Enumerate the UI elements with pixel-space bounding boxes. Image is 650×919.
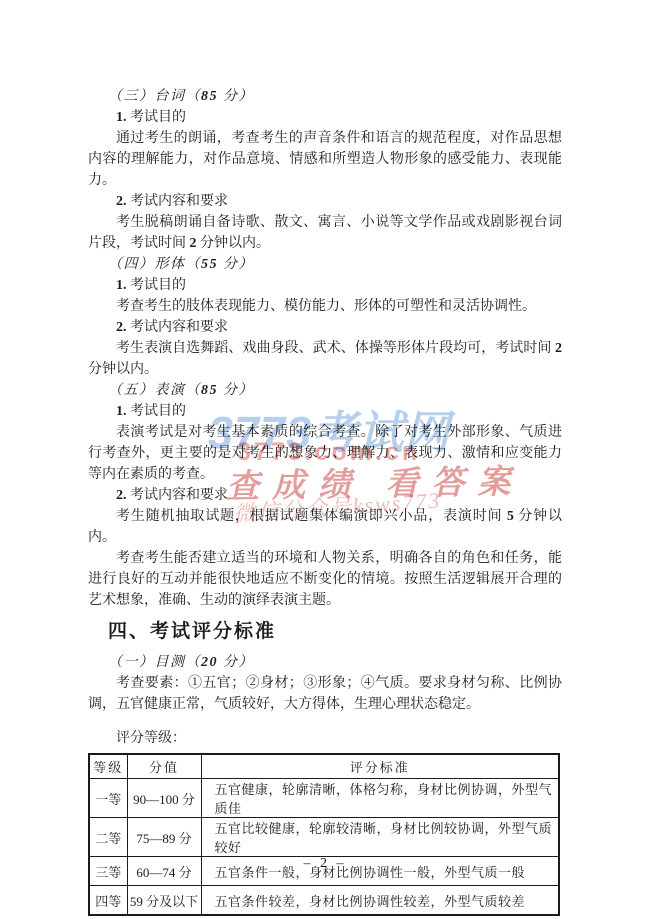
table-row: 二等 75—89 分 五官比较健康，轮廓较清晰，身材比例较协调，外型气质较好 bbox=[89, 818, 559, 857]
section-4-paragraph-content: 考生表演自选舞蹈、戏曲身段、武术、体操等形体片段均可，考试时间 2 分钟以内。 bbox=[88, 338, 562, 380]
table-cell-score: 90—100 分 bbox=[127, 779, 201, 818]
table-row: 一等 90—100 分 五官健康，轮廓清晰，体格匀称，身材比例协调，外型气质佳 bbox=[89, 779, 559, 818]
grading-table: 等级 分值 评分标准 一等 90—100 分 五官健康，轮廓清晰，体格匀称，身材… bbox=[88, 753, 560, 916]
chapter-heading-scoring-standard: 四、考试评分标准 bbox=[88, 619, 562, 645]
section-3-subheading-purpose: 1. 考试目的 bbox=[88, 107, 562, 128]
section-5-heading: （五）表演（85 分） bbox=[88, 380, 562, 401]
table-header-standard: 评分标准 bbox=[201, 754, 559, 779]
table-row: 四等 59 分及以下 五官条件较差，身材比例协调性较差，外型气质较差 bbox=[89, 886, 559, 916]
section-3-paragraph-content: 考生脱稿朗诵自备诗歌、散文、寓言、小说等文学作品或戏剧影视台词片段，考试时间 2… bbox=[88, 212, 562, 254]
section-4-subheading-purpose: 1. 考试目的 bbox=[88, 275, 562, 296]
table-header-grade: 等级 bbox=[89, 754, 127, 779]
table-cell-standard: 五官健康，轮廓清晰，体格匀称，身材比例协调，外型气质佳 bbox=[201, 779, 559, 818]
section-5-paragraph-purpose: 表演考试是对考生基本素质的综合考查。除了对考生外部形象、气质进行考查外，更主要的… bbox=[88, 422, 562, 485]
table-cell-standard: 五官条件较差，身材比例协调性较差，外型气质较差 bbox=[201, 886, 559, 916]
section-1-heading: （一）目测（20 分） bbox=[88, 652, 562, 673]
grading-table-label: 评分等级： bbox=[88, 728, 562, 749]
table-header-score: 分值 bbox=[127, 754, 201, 779]
table-cell-score: 75—89 分 bbox=[127, 818, 201, 857]
section-3-paragraph-purpose: 通过考生的朗诵，考查考生的声音条件和语言的规范程度，对作品思想内容的理解能力，对… bbox=[88, 128, 562, 191]
section-4-paragraph-purpose: 考查考生的肢体表现能力、模仿能力、形体的可塑性和灵活协调性。 bbox=[88, 296, 562, 317]
table-cell-grade: 二等 bbox=[89, 818, 127, 857]
document-content: （三）台词（85 分） 1. 考试目的 通过考生的朗诵，考查考生的声音条件和语言… bbox=[88, 86, 562, 916]
section-1-paragraph: 考查要素：①五官；②身材；③形象；④气质。要求身材匀称、比例协调，五官健康正常，… bbox=[88, 673, 562, 715]
section-3-subheading-content: 2. 考试内容和要求 bbox=[88, 191, 562, 212]
section-4-heading: （四）形体（55 分） bbox=[88, 254, 562, 275]
section-5-subheading-purpose: 1. 考试目的 bbox=[88, 401, 562, 422]
section-5-paragraph-content-2: 考查考生能否建立适当的环境和人物关系，明确各自的角色和任务，能进行良好的互动并能… bbox=[88, 548, 562, 611]
section-5-paragraph-content-1: 考生随机抽取试题，根据试题集体编演即兴小品，表演时间 5 分钟以内。 bbox=[88, 506, 562, 548]
table-cell-grade: 四等 bbox=[89, 886, 127, 916]
page-number: – 2 – bbox=[0, 856, 650, 872]
table-cell-score: 59 分及以下 bbox=[127, 886, 201, 916]
section-5-subheading-content: 2. 考试内容和要求 bbox=[88, 485, 562, 506]
section-3-heading: （三）台词（85 分） bbox=[88, 86, 562, 107]
document-page: 3773考试网 3773.com.cn 查成绩 看答案 微信公众号ksws773… bbox=[0, 0, 650, 919]
table-cell-standard: 五官比较健康，轮廓较清晰，身材比例较协调，外型气质较好 bbox=[201, 818, 559, 857]
section-4-subheading-content: 2. 考试内容和要求 bbox=[88, 317, 562, 338]
table-cell-grade: 一等 bbox=[89, 779, 127, 818]
table-header-row: 等级 分值 评分标准 bbox=[89, 754, 559, 779]
